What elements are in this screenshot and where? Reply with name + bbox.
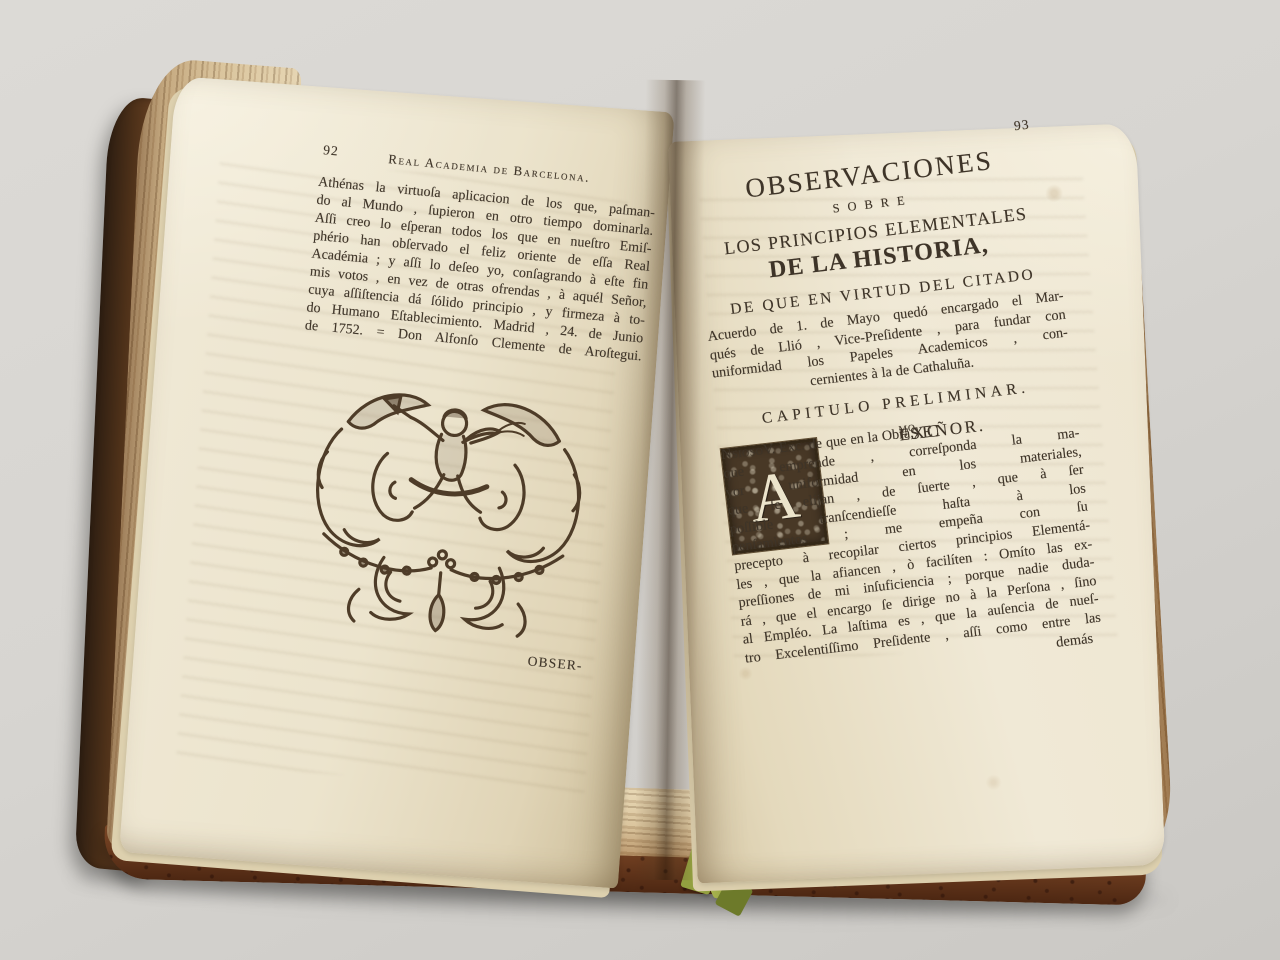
cherub-tailpiece-ornament-icon xyxy=(286,354,609,649)
left-body-paragraph: Athénas la virtuoſa aplicacion de los qu… xyxy=(304,174,656,367)
photo-background: 92 Real Academia de Barcelona. Athénas l… xyxy=(0,0,1280,960)
right-page-textblock: 93 OBSERVACIONES SOBRE LOS PRINCIPIOS EL… xyxy=(688,125,1104,687)
left-page-textblock: 92 Real Academia de Barcelona. Athénas l… xyxy=(275,142,658,677)
opening-paragraph: A Nsioso V. Exc. de que en la Obra, que … xyxy=(720,405,1101,668)
page-number-93: 93 xyxy=(1013,117,1030,135)
